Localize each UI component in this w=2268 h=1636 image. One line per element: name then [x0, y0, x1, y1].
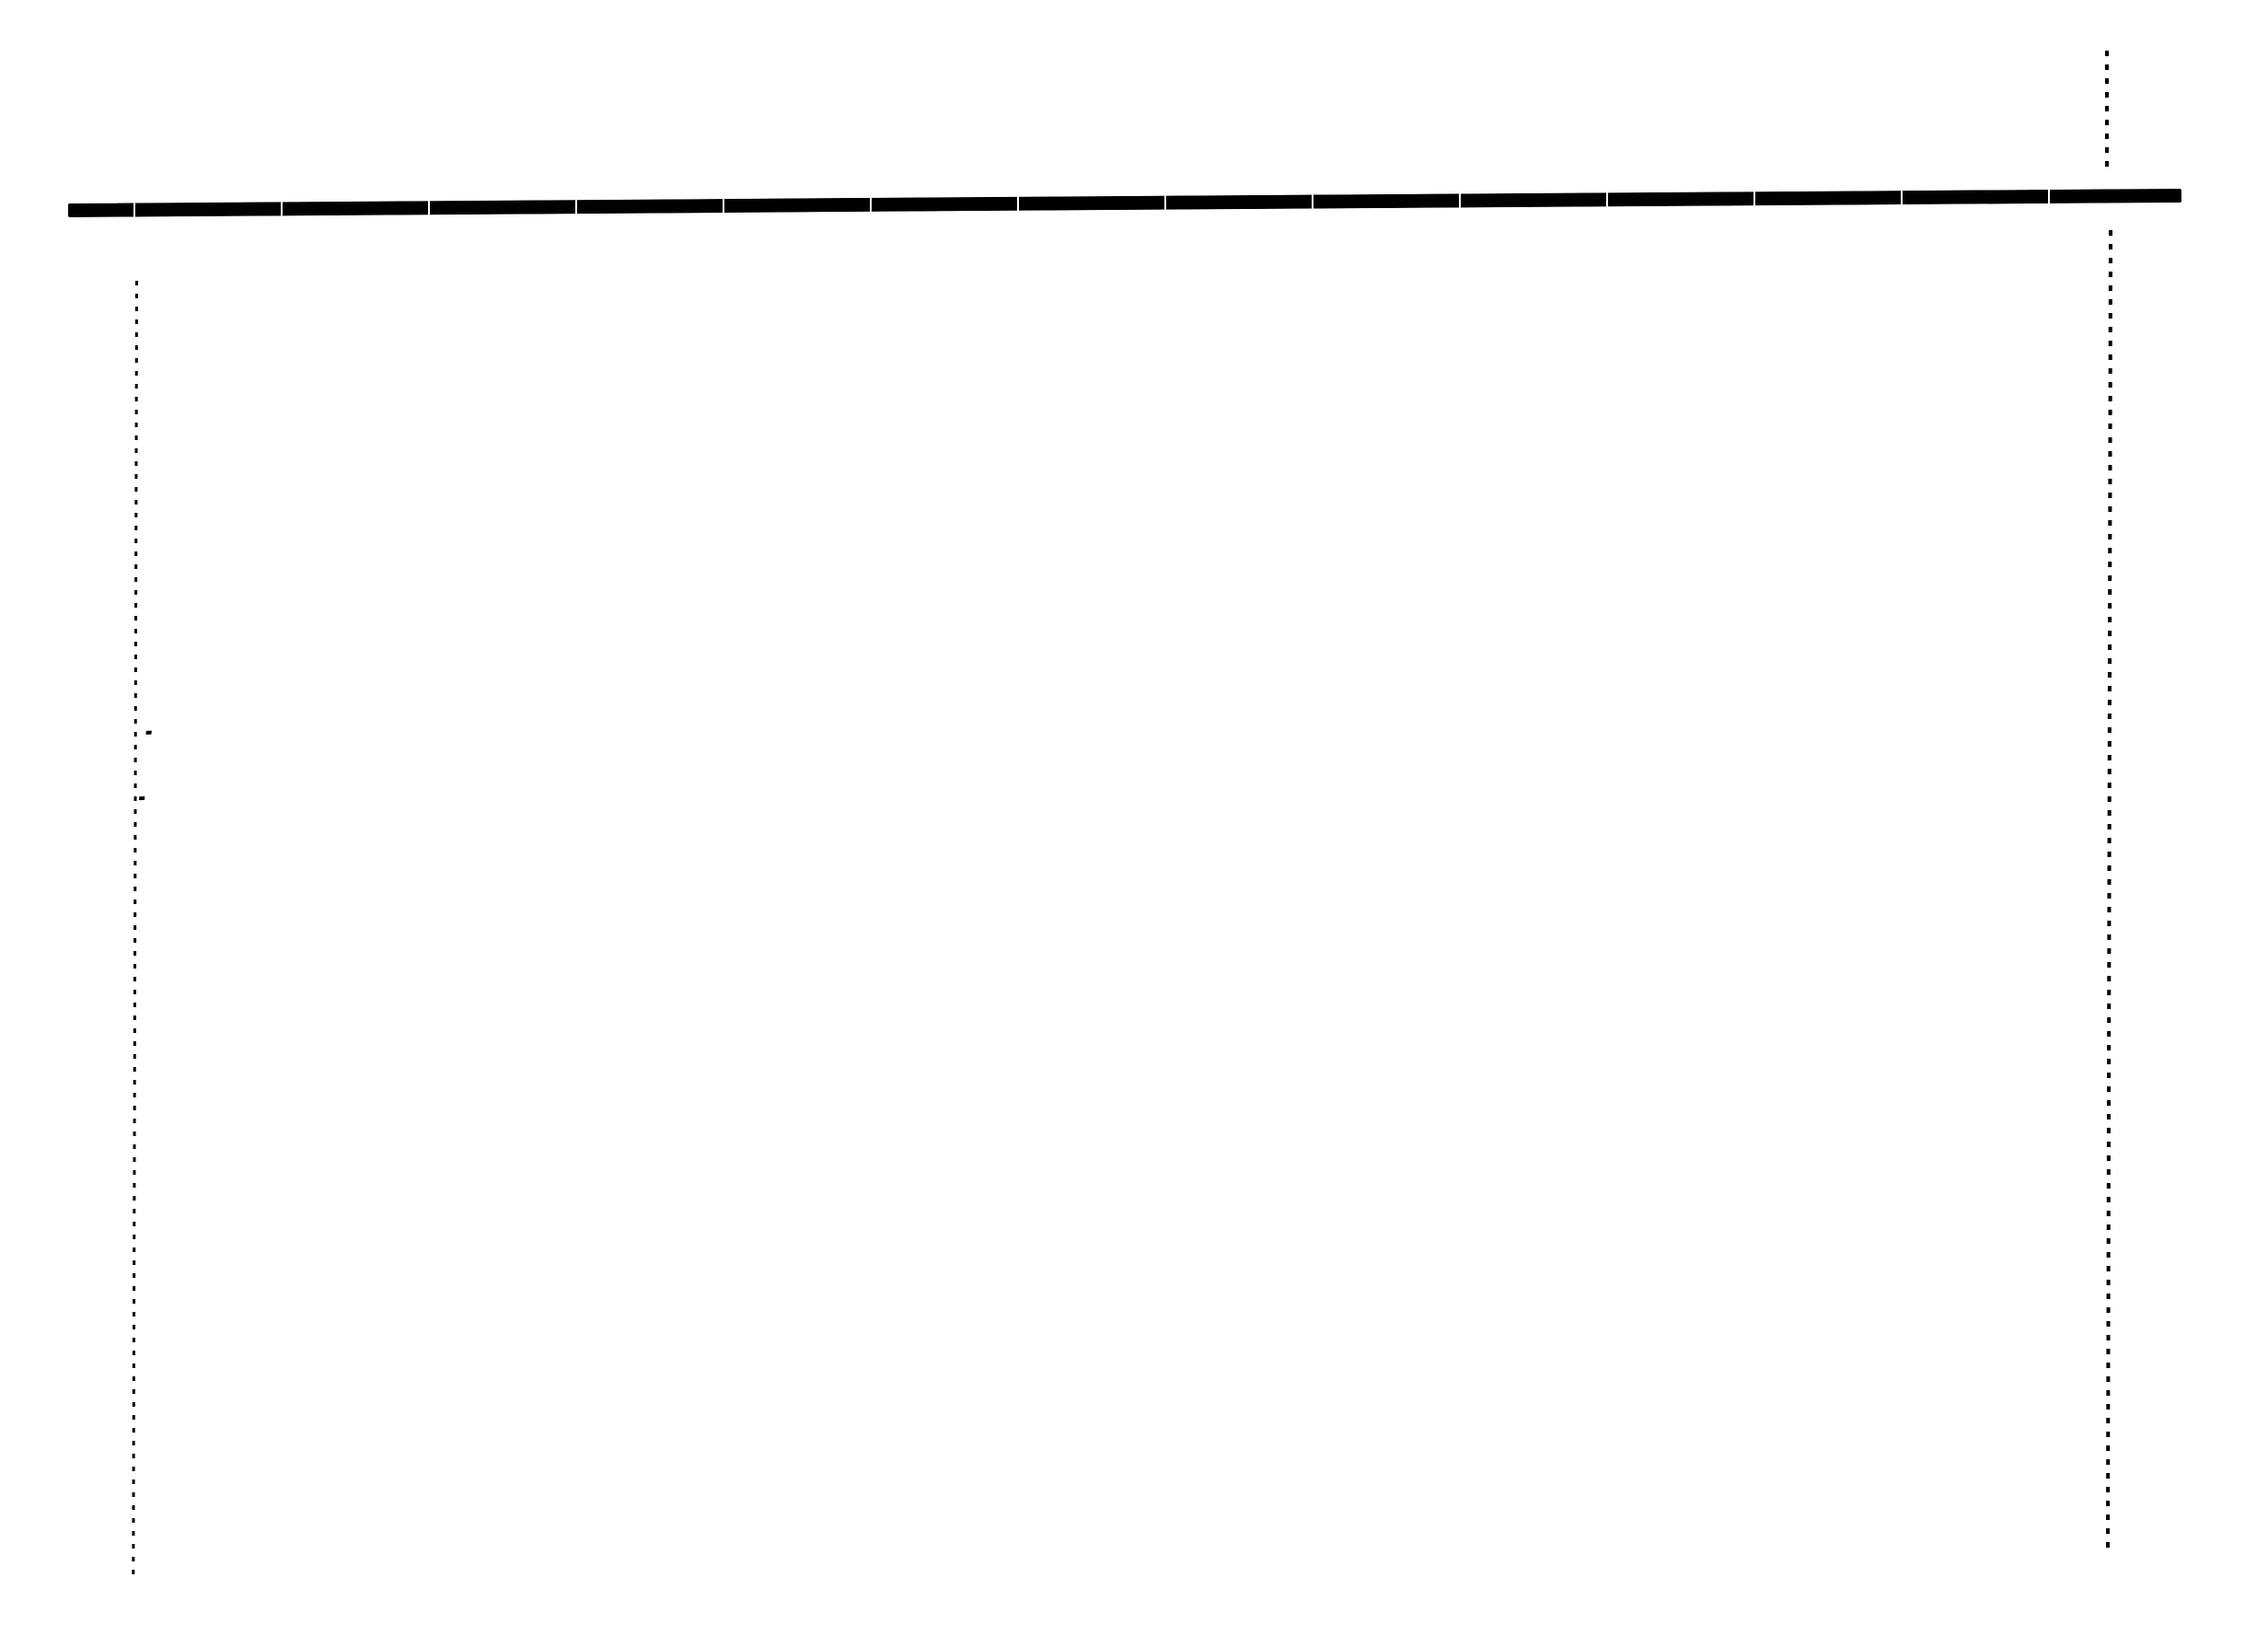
pencil-annotation — [869, 109, 871, 141]
format-mark — [2130, 53, 2134, 152]
shelfmark — [1712, 37, 1717, 159]
title-line-3 — [154, 512, 156, 579]
right-dotted-border — [2106, 230, 2112, 1556]
header-rule-line — [68, 189, 2181, 217]
collation-roman-numeral — [139, 731, 152, 801]
collation — [142, 735, 149, 795]
imprint — [685, 711, 687, 779]
left-dotted-border — [132, 281, 138, 1577]
heading-author-name — [77, 39, 79, 146]
title-line-2 — [165, 390, 167, 458]
catalog-card-scan: { "card": { "heading": "Seidler, gustav"… — [0, 0, 2268, 1636]
note-abbreviation — [1906, 716, 1908, 781]
right-dotted-border-upper — [2105, 51, 2109, 170]
title-line-1 — [172, 270, 174, 337]
